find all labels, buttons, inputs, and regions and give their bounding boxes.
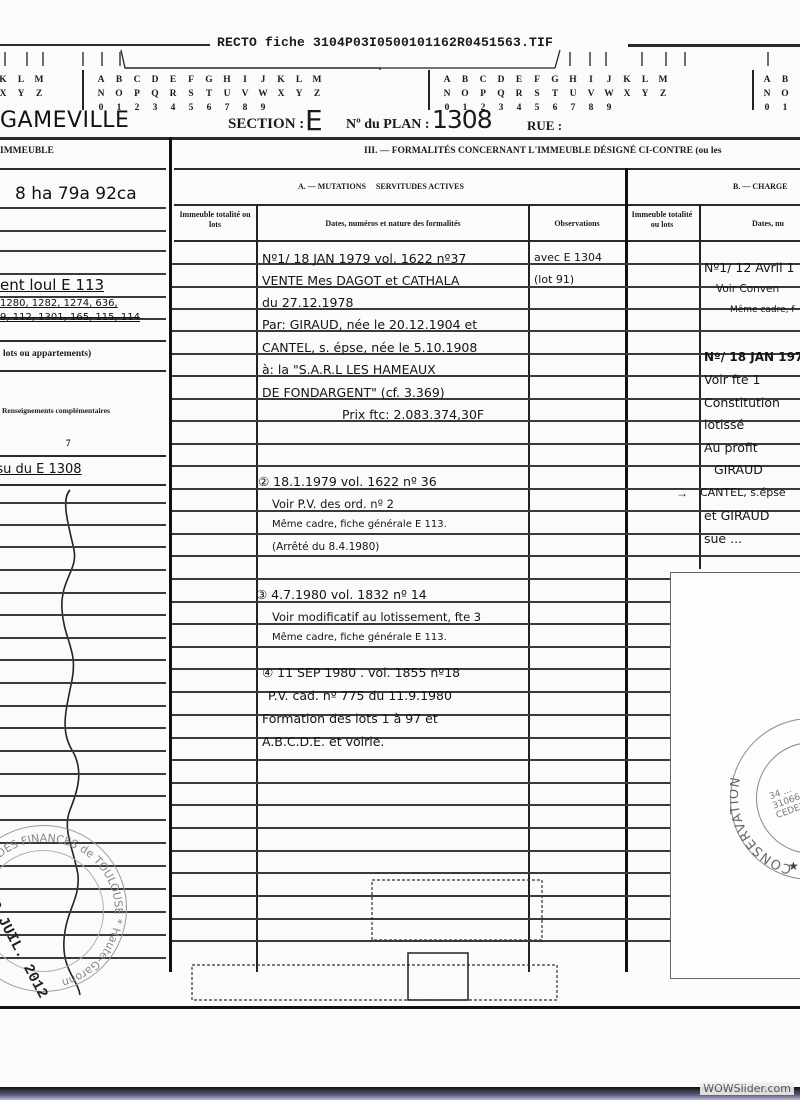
slider-bar (0, 1087, 800, 1100)
index-divider-2 (428, 70, 430, 110)
mutation-obs: (lot 91) (534, 273, 574, 286)
arrow-icon: → (676, 486, 688, 501)
left-rule (0, 750, 166, 752)
left-rule (0, 569, 166, 571)
col-header-observations: Observations (532, 219, 622, 229)
mutation-line: Même cadre, fiche générale E 113. (272, 519, 447, 530)
left-rule (0, 273, 166, 275)
commune-name: GAMEVILLE (0, 108, 129, 133)
left-heading-rule (0, 168, 166, 170)
mutation-line: (Arrêté du 8.4.1980) (272, 541, 379, 553)
mutation-line: du 27.12.1978 (262, 295, 353, 310)
section-value: E (305, 104, 323, 137)
charge-line: GIRAUD (714, 462, 763, 477)
charge-line: CANTEL, s.épse (700, 486, 786, 499)
left-rule (0, 705, 166, 707)
charge-line: Voir fte 1 (704, 372, 761, 387)
index-group-3: AB NO 01 (758, 73, 794, 115)
left-rule (0, 592, 166, 594)
left-rule (0, 614, 166, 616)
title-rule-left (0, 44, 210, 46)
index-group-0: KLM XYZ (0, 73, 48, 101)
mutation-line: ④ 11 SEP 1980 . vol. 1855 nº18 (262, 665, 460, 680)
section-iii-heading: III. — FORMALITÉS CONCERNANT L'IMMEUBLE … (364, 146, 721, 156)
charge-line: sue ... (704, 531, 742, 546)
rue-label: RUE : (527, 118, 562, 134)
sub-heading-rule (174, 204, 800, 206)
charge-line: Nº/ 18 JAN 197 (704, 350, 800, 364)
photocopy-artifacts (180, 875, 700, 1005)
section-label: SECTION : (228, 116, 304, 133)
left-rule (0, 250, 166, 252)
charge-line: Même cadre, f (730, 305, 795, 315)
mutation-line: P.V. cad. nº 775 du 11.9.1980 (268, 688, 452, 703)
mutation-line: VENTE Mes DAGOT et CATHALA (262, 273, 459, 288)
svg-text:★: ★ (788, 859, 799, 873)
charge-line: et GIRAUD (704, 508, 769, 523)
renseignements-label: Renseignements complémentaires (2, 406, 110, 415)
left-entry-1: ent loul E 113 (0, 276, 104, 294)
mutation-line: ② 18.1.1979 vol. 1622 nº 36 (258, 474, 437, 489)
left-entry-2: 1280, 1282, 1274, 636, (0, 298, 118, 309)
left-rule (0, 682, 166, 684)
left-entry-3: 9, 112, 1301, 165, 115, 114 (0, 312, 140, 323)
col-header-rule (174, 240, 800, 242)
title-rule-right (628, 44, 800, 47)
col-header-immeuble-b: Immeuble totalité ou lots (628, 210, 696, 230)
mutation-line: CANTEL, s. épse, née le 5.10.1908 (262, 340, 477, 355)
left-rule (0, 455, 166, 457)
left-rule (0, 340, 166, 342)
mutation-line: DE FONDARGENT" (cf. 3.369) (262, 385, 445, 400)
col-header-dates-b: Dates, nu (752, 219, 800, 229)
left-rule (0, 773, 166, 775)
index-ticks (0, 48, 800, 70)
table-top-border (0, 137, 800, 140)
charge-line: Voir Conven (716, 283, 779, 295)
index-divider-1 (82, 70, 84, 110)
left-rule (0, 230, 166, 232)
left-rule (0, 659, 166, 661)
charge-line: Au profit (704, 440, 758, 455)
index-divider-3 (752, 70, 754, 110)
left-rule (0, 795, 166, 797)
sub-heading-a: A. — MUTATIONS SERVITUDES ACTIVES (298, 182, 464, 191)
mutation-line: Voir P.V. des ord. nº 2 (272, 497, 394, 511)
col-header-dates: Dates, numéros et nature des formalités (262, 219, 524, 229)
mutation-line: Formation des lots 1 à 97 et (262, 711, 438, 726)
area-value: 8 ha 79a 92ca (15, 184, 137, 204)
left-rule (0, 637, 166, 639)
plan-label: Nº du PLAN : (346, 117, 430, 133)
mutation-line: Voir modificatif au lotissement, fte 3 (272, 610, 481, 624)
plan-value: 1308 (432, 105, 492, 134)
left-heading: IMMEUBLE (0, 146, 54, 156)
issu-entry: issu du E 1308 (0, 462, 82, 477)
left-rule (0, 546, 166, 548)
col-line-dates-b (699, 204, 701, 569)
mutation-line: ③ 4.7.1980 vol. 1832 nº 14 (256, 587, 427, 602)
mutation-line: à: la "S.A.R.L LES HAMEAUX (262, 362, 436, 377)
mutation-line: Nº1/ 18 JAN 1979 vol. 1622 nº37 (262, 251, 466, 266)
left-rule (0, 207, 166, 209)
col-header-immeuble: Immeuble totalité ou lots (178, 210, 252, 230)
charge-line: lotissé (704, 417, 744, 432)
watermark: WOWSlider.com (700, 1082, 794, 1095)
left-rule (0, 524, 166, 526)
mutation-obs: avec E 1304 (534, 251, 602, 264)
mutation-line: Par: GIRAUD, née le 20.12.1904 et (262, 317, 477, 332)
mutation-line: Même cadre, fiche générale E 113. (272, 632, 447, 643)
mutation-line: A.B.C.D.E. et voirie. (262, 734, 384, 749)
left-rule (0, 819, 166, 821)
col-line-observations (528, 204, 530, 972)
table-bottom-border (0, 1006, 800, 1009)
charge-line: Nº1/ 12 Avril 1 (704, 260, 795, 275)
left-rule (0, 727, 166, 729)
mutation-line: Prix ftc: 2.083.374,30F (342, 407, 484, 422)
left-rule (0, 502, 166, 504)
sub-heading-b: B. — CHARGE (733, 182, 787, 191)
lots-heading: lots ou appartements) (3, 349, 91, 359)
charge-line: Constitution (704, 395, 780, 410)
left-rule (0, 370, 166, 372)
left-mark: 7 (66, 438, 71, 448)
section-iii-rule (174, 168, 800, 170)
